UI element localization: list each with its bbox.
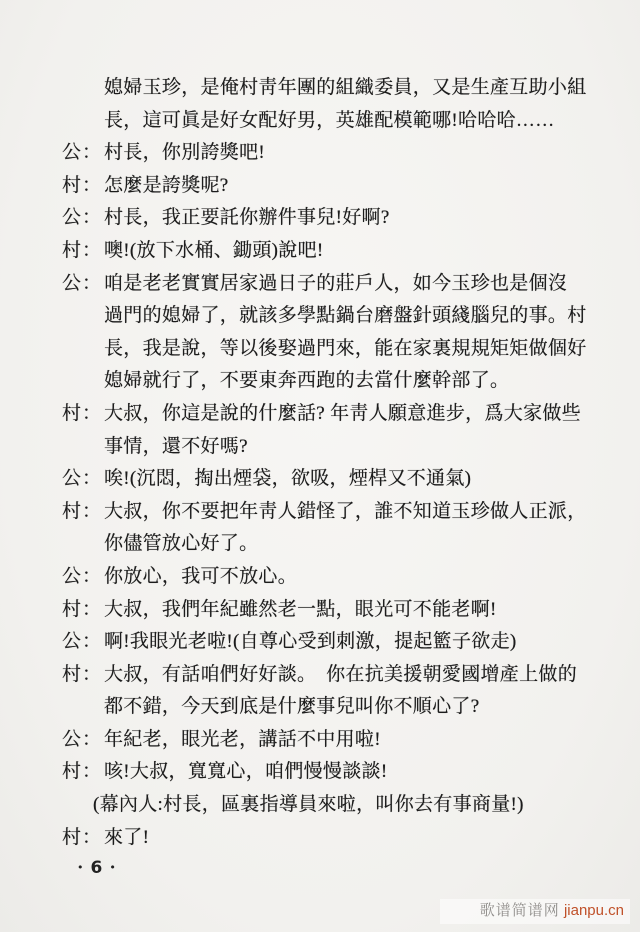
script-line: 媳婦玉珍，是俺村靑年團的組織委員，又是生產互助小組: [0, 72, 640, 105]
script-line: 公： 村長，我正要託你辦件事兒!好啊?: [0, 202, 640, 235]
dialogue-text: 你放心，我可不放心。: [104, 566, 297, 587]
speaker-label: 公：: [62, 463, 102, 496]
speaker-label: 公：: [62, 137, 102, 170]
dialogue-text: 噢!(放下水桶、鋤頭)說吧!: [104, 240, 324, 261]
dialogue-text: 大叔，有話咱們好好談。 你在抗美援朝愛國增產上做的: [104, 664, 577, 685]
dialogue-text: 你儘管放心好了。: [104, 533, 258, 554]
script-line: 公： 唉!(沉悶，掏出煙袋，欲吸，煙桿又不通氣): [0, 463, 640, 496]
speaker-label: 公：: [62, 202, 102, 235]
speaker-label: 村：: [62, 398, 102, 431]
dialogue-text: 村長，你別誇獎吧!: [104, 142, 265, 163]
speaker-label: 村：: [62, 496, 102, 529]
script-line: 村： 大叔，我們年紀雖然老一點，眼光可不能老啊!: [0, 594, 640, 627]
dialogue-text: 村長，我正要託你辦件事兒!好啊?: [104, 207, 390, 228]
script-line: 村： 怎麼是誇獎呢?: [0, 170, 640, 203]
script-line: (幕內人:村長，區裏指導員來啦，叫你去有事商量!): [0, 789, 640, 822]
speaker-label: 村：: [62, 659, 102, 692]
speaker-label: 村：: [62, 756, 102, 789]
page-number-left-dot: •: [72, 861, 91, 874]
dialogue-text: 事情，還不好嗎?: [104, 436, 248, 457]
dialogue-text: (幕內人:村長，區裏指導員來啦，叫你去有事商量!): [93, 794, 524, 815]
speaker-label: 村：: [62, 170, 102, 203]
script-line: 事情，還不好嗎?: [0, 431, 640, 464]
script-line: 過門的媳婦了，就該多學點鍋台磨盤針頭綫腦兒的事。村: [0, 300, 640, 333]
dialogue-text: 啊!我眼光老啦!(自尊心受到刺激，提起籃子欲走): [104, 631, 517, 652]
watermark-site-name: 歌谱简谱网: [480, 902, 560, 919]
dialogue-text: 年紀老，眼光老，講話不中用啦!: [104, 729, 381, 750]
speaker-label: 村：: [62, 235, 102, 268]
dialogue-text: 長，我是說，等以後娶過門來，能在家裏規規矩矩做個好: [104, 338, 587, 359]
script-line: 村： 大叔，你這是說的什麼話? 年靑人願意進步，爲大家做些: [0, 398, 640, 431]
speaker-label: 公：: [62, 724, 102, 757]
page-number-right-dot: •: [104, 861, 123, 874]
dialogue-text: 過門的媳婦了，就該多學點鍋台磨盤針頭綫腦兒的事。村: [104, 305, 587, 326]
speaker-label: 公：: [62, 561, 102, 594]
speaker-label: 村：: [62, 594, 102, 627]
script-line: 都不錯，今天到底是什麼事兒叫你不順心了?: [0, 691, 640, 724]
script-line: 媳婦就行了，不要東奔西跑的去當什麼幹部了。: [0, 365, 640, 398]
dialogue-text: 大叔，我們年紀雖然老一點，眼光可不能老啊!: [104, 599, 497, 620]
page-number-value: 6: [91, 858, 105, 878]
speaker-label: 公：: [62, 626, 102, 659]
script-body: 媳婦玉珍，是俺村靑年團的組織委員，又是生產互助小組 長，這可眞是好女配好男，英雄…: [0, 72, 640, 854]
dialogue-text: 咳!大叔，寬寬心，咱們慢慢談談!: [104, 761, 387, 782]
watermark: 歌谱简谱网 jianpu.cn: [440, 899, 630, 924]
script-line: 你儘管放心好了。: [0, 528, 640, 561]
script-line: 公： 啊!我眼光老啦!(自尊心受到刺激，提起籃子欲走): [0, 626, 640, 659]
dialogue-text: 唉!(沉悶，掏出煙袋，欲吸，煙桿又不通氣): [104, 468, 471, 489]
dialogue-text: 媳婦就行了，不要東奔西跑的去當什麼幹部了。: [104, 370, 509, 391]
dialogue-text: 長，這可眞是好女配好男，英雄配模範哪!哈哈哈……: [104, 110, 555, 131]
page-number: •6•: [72, 855, 123, 881]
script-line: 長，我是說，等以後娶過門來，能在家裏規規矩矩做個好: [0, 333, 640, 366]
dialogue-text: 來了!: [104, 827, 149, 848]
script-line: 公： 你放心，我可不放心。: [0, 561, 640, 594]
dialogue-text: 大叔，你這是說的什麼話? 年靑人願意進步，爲大家做些: [104, 403, 581, 424]
script-line: 村： 大叔，有話咱們好好談。 你在抗美援朝愛國增產上做的: [0, 659, 640, 692]
dialogue-text: 都不錯，今天到底是什麼事兒叫你不順心了?: [104, 696, 479, 717]
script-line: 長，這可眞是好女配好男，英雄配模範哪!哈哈哈……: [0, 105, 640, 138]
script-line: 村： 大叔，你不要把年靑人錯怪了，誰不知道玉珍做人正派，: [0, 496, 640, 529]
script-line: 村： 咳!大叔，寬寬心，咱們慢慢談談!: [0, 756, 640, 789]
dialogue-text: 咱是老老實實居家過日子的莊戶人，如今玉珍也是個沒: [104, 273, 567, 294]
speaker-label: 村：: [62, 822, 102, 855]
speaker-label: 公：: [62, 268, 102, 301]
scanned-page: 媳婦玉珍，是俺村靑年團的組織委員，又是生產互助小組 長，這可眞是好女配好男，英雄…: [0, 0, 640, 932]
dialogue-text: 怎麼是誇獎呢?: [104, 175, 229, 196]
script-line: 公： 咱是老老實實居家過日子的莊戶人，如今玉珍也是個沒: [0, 268, 640, 301]
dialogue-text: 大叔，你不要把年靑人錯怪了，誰不知道玉珍做人正派，: [104, 501, 587, 522]
script-line: 公： 村長，你別誇獎吧!: [0, 137, 640, 170]
watermark-site-url[interactable]: jianpu.cn: [564, 902, 624, 919]
dialogue-text: 媳婦玉珍，是俺村靑年團的組織委員，又是生產互助小組: [104, 77, 587, 98]
script-line: 村： 噢!(放下水桶、鋤頭)說吧!: [0, 235, 640, 268]
script-line: 村： 來了!: [0, 822, 640, 855]
script-line: 公： 年紀老，眼光老，講話不中用啦!: [0, 724, 640, 757]
